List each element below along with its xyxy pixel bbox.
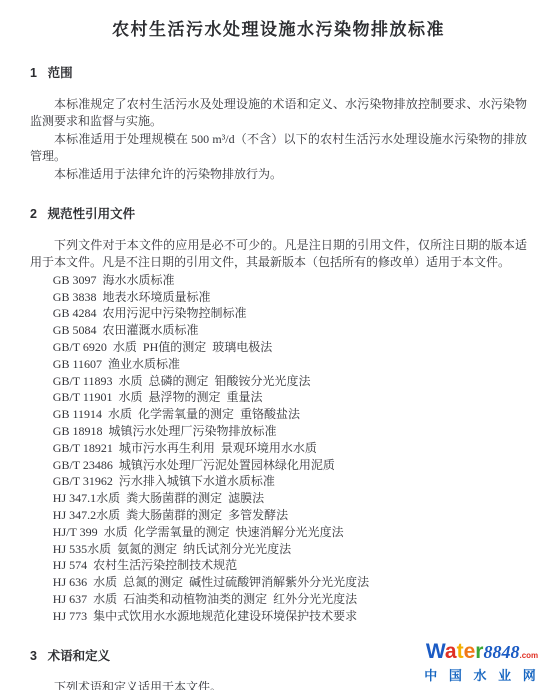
logo-domain-suffix: .com [519, 651, 538, 660]
reference-item: GB 11607 渔业水质标准 [30, 356, 527, 373]
scope-paragraph-2: 本标准适用于处理规模在 500 m³/d（不含）以下的农村生活污水处理设施水污染… [30, 131, 527, 166]
scope-paragraph-3: 本标准适用于法律允许的污染物排放行为。 [30, 166, 527, 183]
section-1-heading: 1范围 [30, 65, 527, 82]
document-title: 农村生活污水处理设施水污染物排放标准 [30, 18, 527, 42]
section-3-number: 3 [30, 648, 37, 665]
scope-paragraph-1: 本标准规定了农村生活污水及处理设施的术语和定义、水污染物排放控制要求、水污染物监… [30, 96, 527, 131]
logo-letter: W [426, 640, 445, 663]
section-2-label: 规范性引用文件 [48, 207, 136, 221]
document-page: 农村生活污水处理设施水污染物排放标准 1范围 本标准规定了农村生活污水及处理设施… [0, 0, 557, 690]
water8848-logo: Water8848.com 中 国 水 业 网 [417, 640, 547, 684]
reference-item: HJ 637 水质 石油类和动植物油类的测定 红外分光光度法 [30, 591, 527, 608]
section-2-number: 2 [30, 206, 37, 223]
reference-item: GB/T 6920 水质 PH值的测定 玻璃电极法 [30, 339, 527, 356]
logo-tagline: 中 国 水 业 网 [417, 665, 547, 684]
reference-item: HJ/T 399 水质 化学需氧量的测定 快速消解分光光度法 [30, 524, 527, 541]
reference-item: HJ 535水质 氨氮的测定 纳氏试剂分光光度法 [30, 541, 527, 558]
reference-item: HJ 773 集中式饮用水水源地规范化建设环境保护技术要求 [30, 608, 527, 625]
logo-letter: a [445, 640, 457, 663]
section-3-label: 术语和定义 [48, 649, 111, 663]
logo-number: 8848 [483, 642, 519, 662]
section-1-number: 1 [30, 65, 37, 82]
reference-item: GB/T 23486 城镇污水处理厂污泥处置园林绿化用泥质 [30, 457, 527, 474]
reference-item: GB/T 11893 水质 总磷的测定 钼酸铵分光光度法 [30, 373, 527, 390]
reference-item: GB/T 11901 水质 悬浮物的测定 重量法 [30, 389, 527, 406]
reference-item: GB 4284 农用污泥中污染物控制标准 [30, 305, 527, 322]
reference-item: HJ 347.2水质 粪大肠菌群的测定 多管发酵法 [30, 507, 527, 524]
logo-letter: e [464, 640, 476, 663]
logo-letter: t [457, 640, 464, 663]
water8848-wordmark: Water8848.com [417, 640, 547, 664]
reference-item: GB 5084 农田灌溉水质标准 [30, 322, 527, 339]
reference-item: GB/T 31962 污水排入城镇下水道水质标准 [30, 473, 527, 490]
reference-item: HJ 574 农村生活污染控制技术规范 [30, 557, 527, 574]
reference-item: GB/T 18921 城市污水再生利用 景观环境用水水质 [30, 440, 527, 457]
reference-item: GB 11914 水质 化学需氧量的测定 重铬酸盐法 [30, 406, 527, 423]
references-list: GB 3097 海水水质标准 GB 3838 地表水环境质量标准 GB 4284… [30, 272, 527, 625]
reference-item: GB 3838 地表水环境质量标准 [30, 289, 527, 306]
reference-item: GB 18918 城镇污水处理厂污染物排放标准 [30, 423, 527, 440]
section-normative-references: 2规范性引用文件 下列文件对于本文件的应用是必不可少的。凡是注日期的引用文件，仅… [30, 206, 527, 625]
section-scope: 1范围 本标准规定了农村生活污水及处理设施的术语和定义、水污染物排放控制要求、水… [30, 65, 527, 183]
references-intro-paragraph: 下列文件对于本文件的应用是必不可少的。凡是注日期的引用文件，仅所注日期的版本适用… [30, 237, 527, 272]
reference-item: HJ 636 水质 总氮的测定 碱性过硫酸钾消解紫外分光光度法 [30, 574, 527, 591]
section-1-label: 范围 [48, 66, 73, 80]
section-2-heading: 2规范性引用文件 [30, 206, 527, 223]
reference-item: HJ 347.1水质 粪大肠菌群的测定 滤膜法 [30, 490, 527, 507]
reference-item: GB 3097 海水水质标准 [30, 272, 527, 289]
